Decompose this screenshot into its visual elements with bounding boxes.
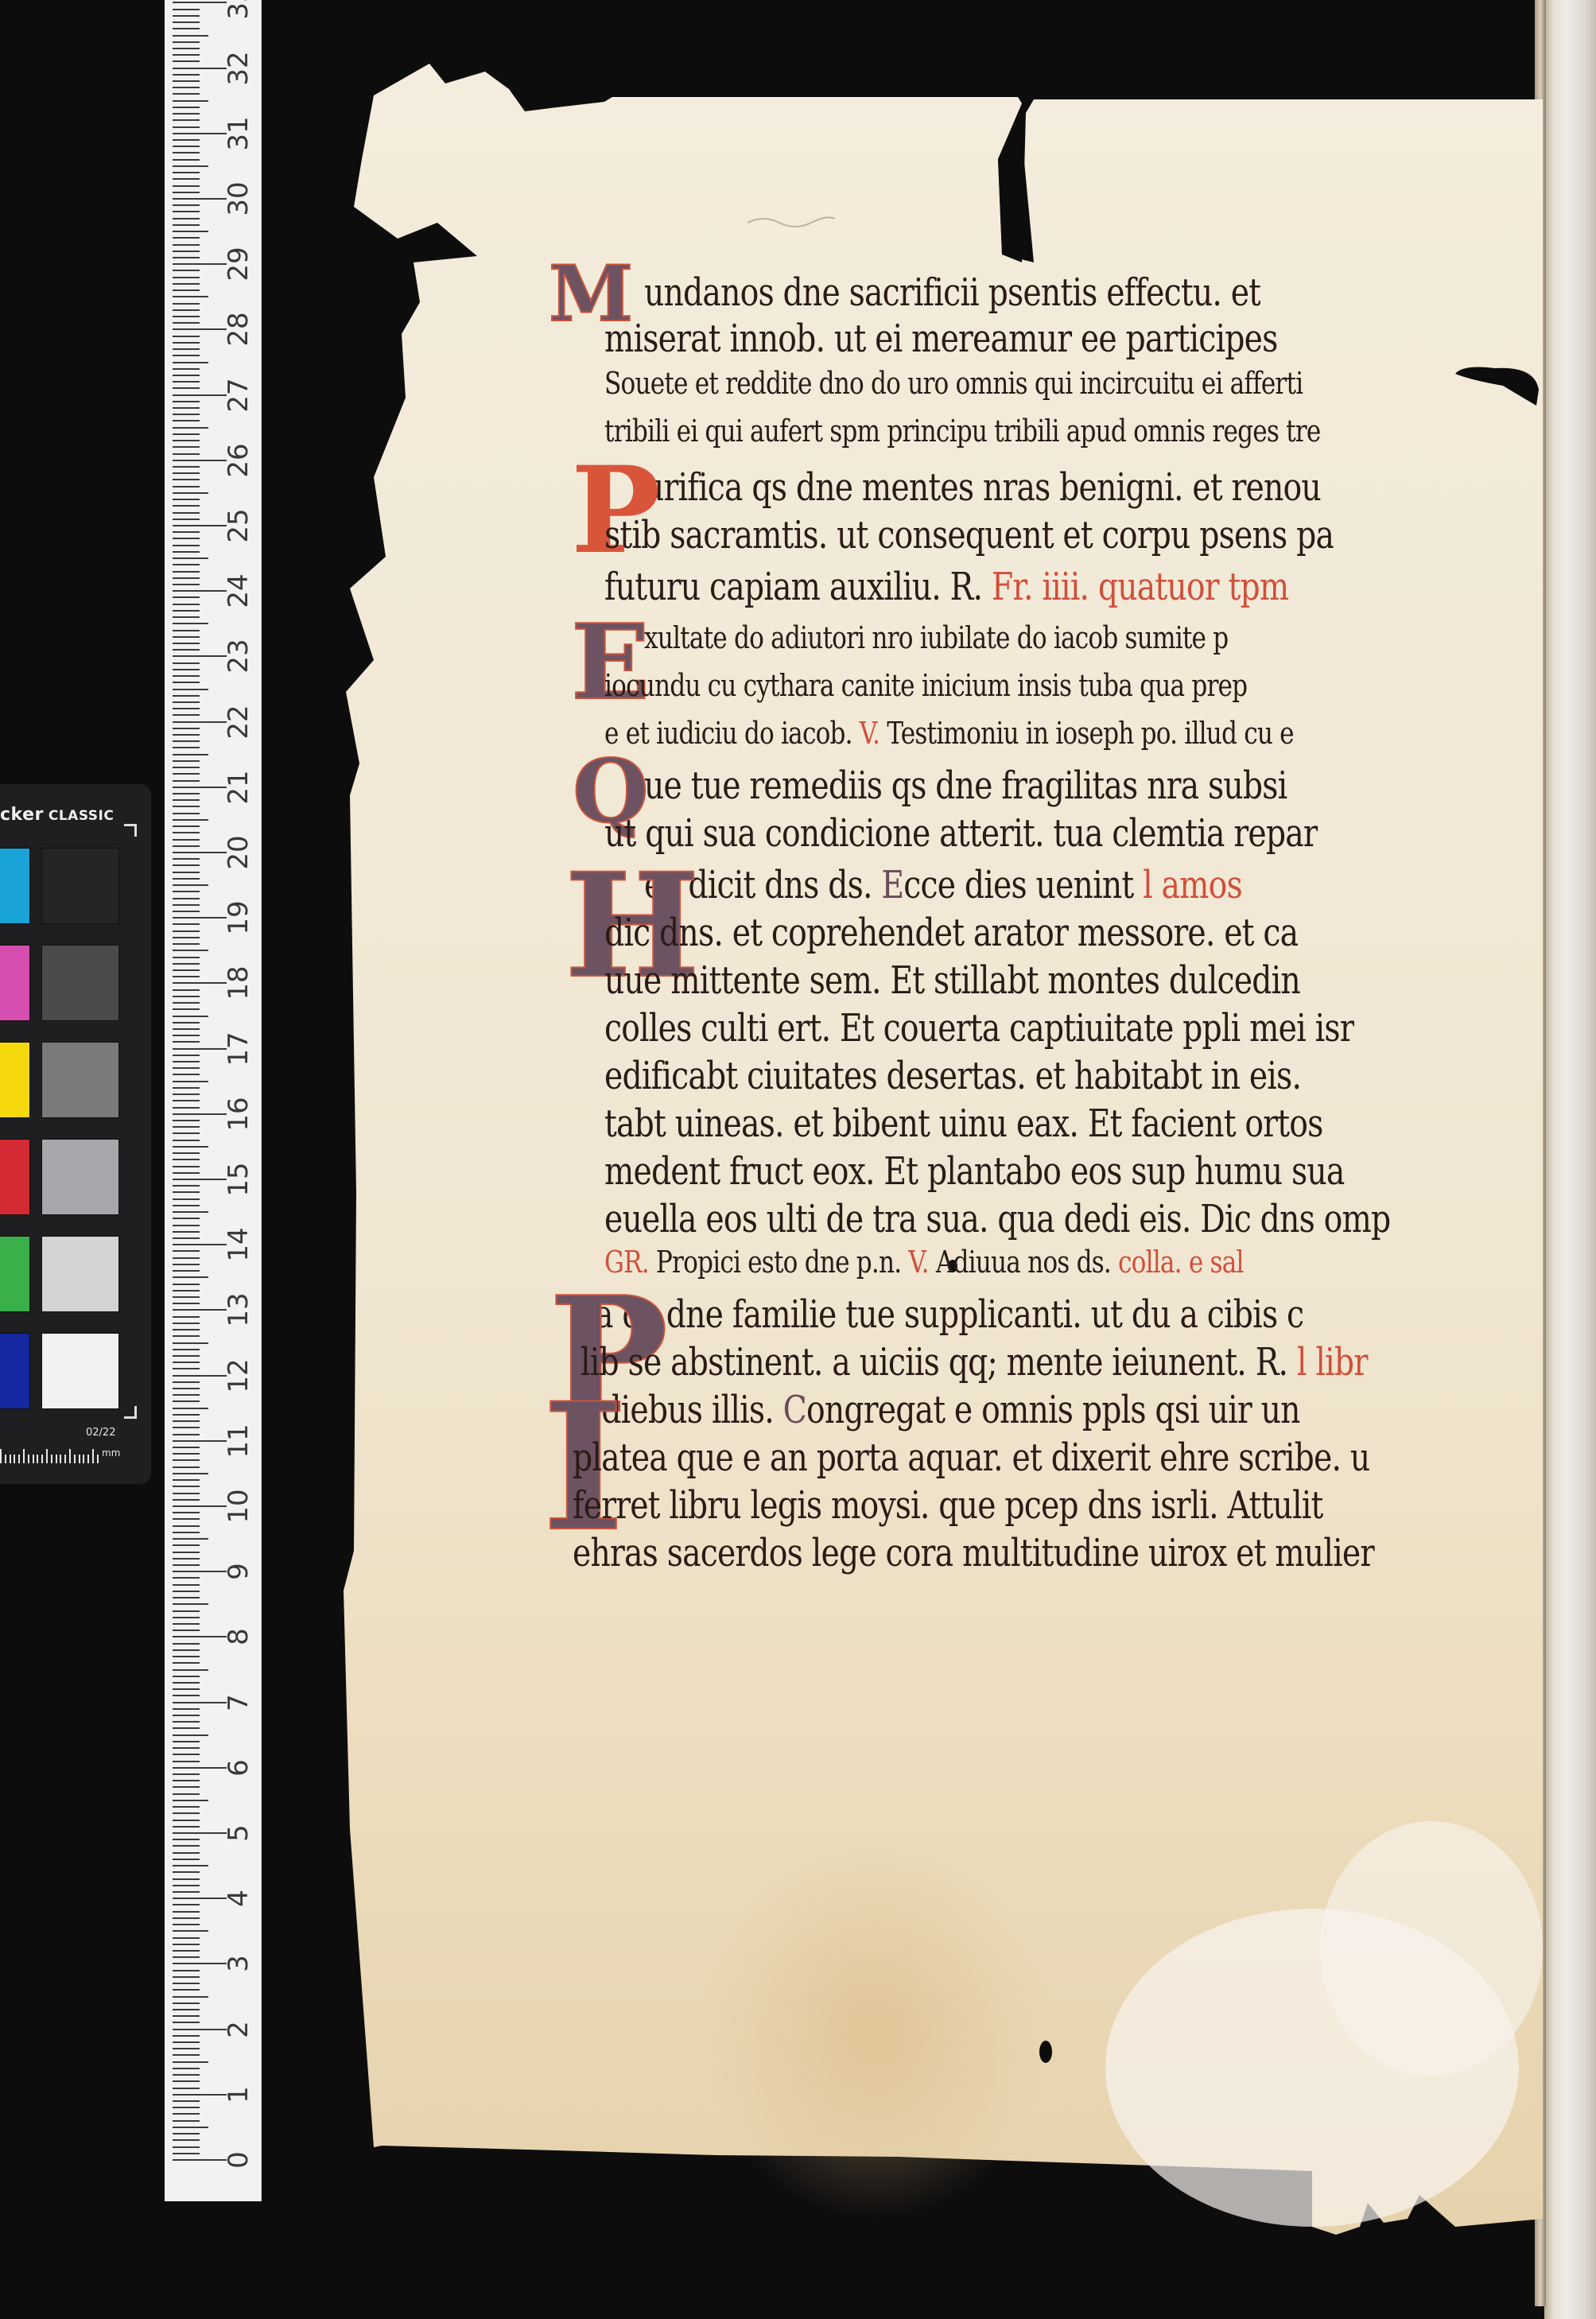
line-text: urifica qs dne mentes nras benigni. et r…	[644, 465, 1321, 510]
line-text: ue tue remediis qs dne fragilitas nra su…	[644, 763, 1287, 808]
rubric-text: V.	[860, 716, 887, 751]
manuscript-line: undanos dne sacrificii psentis effectu. …	[644, 270, 1260, 315]
secondary-initial: C	[783, 1388, 806, 1432]
manuscript-line: edificabt ciuitates desertas. et habitab…	[604, 1054, 1301, 1098]
line-text: Propici esto dne p.n.	[656, 1245, 909, 1280]
manuscript-line: GR. Propici esto dne p.n. V. Adiuua nos …	[604, 1245, 1244, 1280]
manuscript-line: ec dicit dns ds. Ecce dies uenint l amos	[644, 863, 1242, 907]
line-text: tabt uineas. et bibent uinu eax. Et faci…	[604, 1101, 1323, 1146]
line-text: colles culti ert. Et couerta captiuitate…	[604, 1006, 1354, 1051]
line-text: platea que e an porta aquar. et dixerit …	[573, 1435, 1369, 1480]
manuscript-line: xultate do adiutori nro iubilate do iaco…	[644, 620, 1228, 655]
line-text: edificabt ciuitates desertas. et habitab…	[604, 1054, 1301, 1098]
line-text: stib sacramtis. ut consequent et corpu p…	[604, 513, 1334, 557]
manuscript-leaf: undanos dne sacrificii psentis effectu. …	[0, 0, 1596, 2319]
rubric-text: colla.	[1118, 1245, 1189, 1280]
line-text: ferret libru legis moysi. que pcep dns i…	[573, 1483, 1322, 1528]
manuscript-line: euella eos ulti de tra sua. qua dedi eis…	[604, 1197, 1390, 1241]
line-text: Adiuua nos ds.	[936, 1245, 1118, 1280]
secondary-initial: E	[881, 863, 903, 907]
manuscript-line: medent fruct eox. Et plantabo eos sup hu…	[604, 1149, 1345, 1194]
line-text: cce dies uenint	[903, 863, 1143, 907]
manuscript-line: ra qs dne familie tue supplicanti. ut du…	[581, 1292, 1303, 1337]
rubric-text: l libr	[1297, 1340, 1368, 1385]
manuscript-line: ehras sacerdos lege cora multitudine uir…	[573, 1531, 1374, 1575]
line-text: Testimoniu in ioseph po. illud cu e	[887, 716, 1294, 751]
line-text: xultate do adiutori nro iubilate do iaco…	[644, 620, 1228, 655]
manuscript-line: Souete et reddite dno do uro omnis qui i…	[604, 366, 1303, 401]
line-text: miserat innob. ut ei mereamur ee partici…	[604, 317, 1278, 361]
line-text: lib se abstinent. a uiciis qq; mente iei…	[581, 1340, 1297, 1385]
line-text: medent fruct eox. Et plantabo eos sup hu…	[604, 1149, 1345, 1194]
rubric-text: e sal	[1189, 1245, 1244, 1280]
line-text: undanos dne sacrificii psentis effectu. …	[644, 270, 1260, 315]
manuscript-line: tribili ei qui aufert spm principu tribi…	[604, 414, 1321, 449]
line-text: uue mittente sem. Et stillabt montes dul…	[604, 958, 1300, 1003]
line-text: ehras sacerdos lege cora multitudine uir…	[573, 1531, 1374, 1575]
manuscript-line: ue tue remediis qs dne fragilitas nra su…	[644, 763, 1287, 808]
line-text: tribili ei qui aufert spm principu tribi…	[604, 414, 1321, 449]
manuscript-line: uue mittente sem. Et stillabt montes dul…	[604, 958, 1300, 1003]
manuscript-line: futuru capiam auxiliu. R. Fr. iiii. quat…	[604, 565, 1288, 609]
manuscript-line: colles culti ert. Et couerta captiuitate…	[604, 1006, 1354, 1051]
manuscript-line: ferret libru legis moysi. que pcep dns i…	[573, 1483, 1322, 1528]
line-text: iocundu cu cythara canite inicium insis …	[604, 668, 1247, 703]
manuscript-line: e et iudiciu do iacob. V. Testimoniu in …	[604, 716, 1294, 751]
line-text: futuru capiam auxiliu. R.	[604, 565, 992, 609]
line-text: ra qs dne familie tue supplicanti. ut du…	[581, 1292, 1303, 1337]
line-text: Souete et reddite dno do uro omnis qui i…	[604, 366, 1303, 401]
manuscript-line: tabt uineas. et bibent uinu eax. Et faci…	[604, 1101, 1323, 1146]
line-text: ongregat e omnis ppls qsi uir un	[806, 1388, 1300, 1432]
manuscript-line: platea que e an porta aquar. et dixerit …	[573, 1435, 1369, 1480]
line-text: ut qui sua condicione atterit. tua clemt…	[604, 811, 1318, 856]
manuscript-line: urifica qs dne mentes nras benigni. et r…	[644, 465, 1321, 510]
manuscript-line: dic dns. et coprehendet arator messore. …	[604, 911, 1298, 955]
manuscript-line: ut qui sua condicione atterit. tua clemt…	[604, 811, 1318, 856]
rubric-text: V.	[908, 1245, 935, 1280]
rubric-text: Fr. iiii. quatuor tpm	[992, 565, 1289, 609]
manuscript-line: miserat innob. ut ei mereamur ee partici…	[604, 317, 1278, 361]
manuscript-line: stib sacramtis. ut consequent et corpu p…	[604, 513, 1334, 557]
manuscript-line: n diebus illis. Congregat e omnis ppls q…	[573, 1388, 1300, 1432]
manuscript-line: iocundu cu cythara canite inicium insis …	[604, 668, 1247, 703]
rubric-text: l amos	[1143, 863, 1242, 907]
line-text: dic dns. et coprehendet arator messore. …	[604, 911, 1298, 955]
manuscript-line: lib se abstinent. a uiciis qq; mente iei…	[581, 1340, 1368, 1385]
line-text: euella eos ulti de tra sua. qua dedi eis…	[604, 1197, 1390, 1241]
